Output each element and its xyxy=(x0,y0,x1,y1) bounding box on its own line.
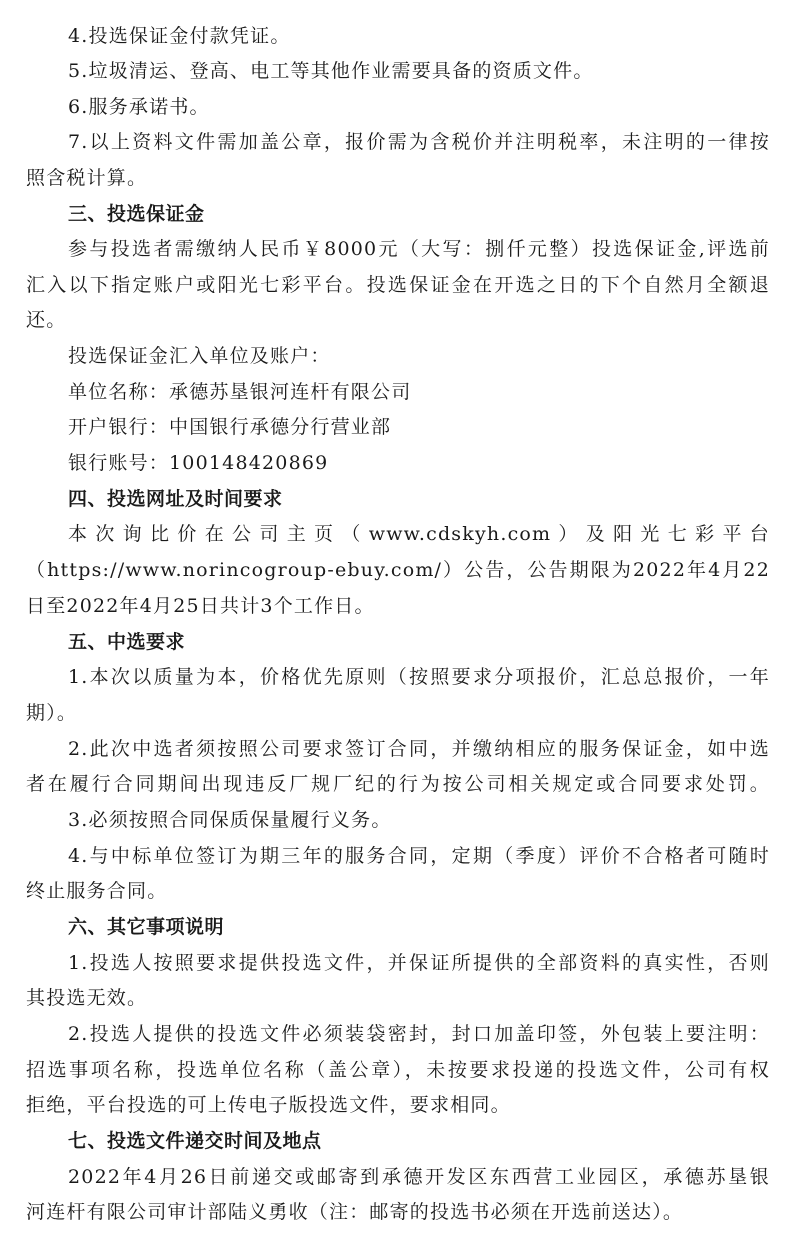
requirement-3: 3.必须按照合同保质保量履行义务。 xyxy=(68,808,770,832)
section-5-heading: 五、中选要求 xyxy=(68,630,770,654)
requirement-4-line-2: 终止服务合同。 xyxy=(26,879,770,903)
website-paragraph-line-1: 本次询比价在公司主页（www.cdskyh.com）及阳光七彩平台 xyxy=(68,522,770,546)
account-company-name: 单位名称：承德苏垦银河连杆有限公司 xyxy=(68,380,770,404)
item-4-payment-voucher: 4.投选保证金付款凭证。 xyxy=(68,24,770,48)
other-2-line-1: 2.投选人提供的投选文件必须装袋密封，封口加盖印签，外包装上要注明： xyxy=(68,1022,770,1046)
other-1-line-2: 其投选无效。 xyxy=(26,986,770,1010)
requirement-2-line-2: 者在履行合同期间出现违反厂规厂纪的行为按公司相关规定或合同要求处罚。 xyxy=(26,772,770,796)
website-paragraph-line-3: 日至2022年4月25日共计3个工作日。 xyxy=(26,594,770,618)
requirement-2-line-1: 2.此次中选者须按照公司要求签订合同，并缴纳相应的服务保证金，如中选 xyxy=(68,737,770,761)
requirement-1-line-1: 1.本次以质量为本，价格优先原则（按照要求分项报价，汇总总报价，一年 xyxy=(68,665,770,689)
section-6-heading: 六、其它事项说明 xyxy=(68,915,770,939)
other-2-line-2: 招选事项名称，投选单位名称（盖公章），未按要求投递的投选文件，公司有权 xyxy=(26,1058,770,1082)
section-3-heading: 三、投选保证金 xyxy=(68,202,770,226)
account-number: 银行账号：100148420869 xyxy=(68,451,770,475)
account-intro: 投选保证金汇入单位及账户： xyxy=(68,344,770,368)
website-paragraph-line-2: （https://www.norincogroup-ebuy.com/）公告，公… xyxy=(26,558,770,582)
item-7-continued: 照含税计算。 xyxy=(26,166,770,190)
deposit-paragraph-line-2: 汇入以下指定账户或阳光七彩平台。投选保证金在开选之日的下个自然月全额退 xyxy=(26,273,770,297)
section-4-heading: 四、投选网址及时间要求 xyxy=(68,487,770,511)
item-6-service-commitment: 6.服务承诺书。 xyxy=(68,95,770,119)
other-2-line-3: 拒绝，平台投选的可上传电子版投选文件，要求相同。 xyxy=(26,1093,770,1117)
item-5-qualification-files: 5.垃圾清运、登高、电工等其他作业需要具备的资质文件。 xyxy=(68,59,770,83)
submission-line-1: 2022年4月26日前递交或邮寄到承德开发区东西营工业园区，承德苏垦银 xyxy=(68,1165,770,1189)
document-page: 4.投选保证金付款凭证。 5.垃圾清运、登高、电工等其他作业需要具备的资质文件。… xyxy=(0,0,800,1247)
other-1-line-1: 1.投选人按照要求提供投选文件，并保证所提供的全部资料的真实性，否则 xyxy=(68,951,770,975)
section-7-heading: 七、投选文件递交时间及地点 xyxy=(68,1129,770,1153)
requirement-1-line-2: 期）。 xyxy=(26,701,770,725)
requirement-4-line-1: 4.与中标单位签订为期三年的服务合同，定期（季度）评价不合格者可随时 xyxy=(68,844,770,868)
item-7-seal-requirement: 7.以上资料文件需加盖公章，报价需为含税价并注明税率，未注明的一律按 xyxy=(68,130,770,154)
deposit-paragraph-line-1: 参与投选者需缴纳人民币￥8000元（大写：捌仟元整）投选保证金,评选前 xyxy=(68,237,770,261)
submission-line-2: 河连杆有限公司审计部陆义勇收（注：邮寄的投选书必须在开选前送达）。 xyxy=(26,1200,770,1224)
account-bank-name: 开户银行：中国银行承德分行营业部 xyxy=(68,415,770,439)
deposit-paragraph-line-3: 还。 xyxy=(26,308,770,332)
